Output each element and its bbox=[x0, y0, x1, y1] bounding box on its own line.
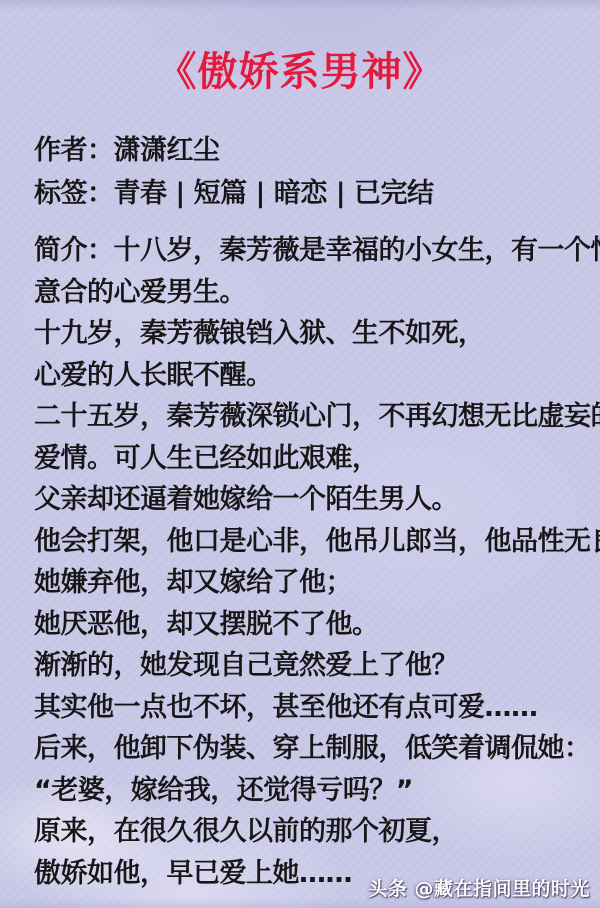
synopsis-line: 心爱的人长眠不醒。 bbox=[34, 355, 580, 397]
synopsis-line: 渐渐的，她发现自己竟然爱上了他？ bbox=[34, 645, 580, 687]
watermark: 头条 @藏在指间里的时光 bbox=[368, 874, 590, 901]
meta-block: 作者：潇潇红尘 标签：青春 | 短篇 | 暗恋 | 已完结 bbox=[34, 129, 600, 215]
synopsis-line: 爱情。可人生已经如此艰难， bbox=[34, 438, 580, 480]
synopsis-line: 他会打架，他口是心非，他吊儿郎当，他品性无良。 bbox=[34, 521, 580, 563]
synopsis-line: 二十五岁，秦芳薇深锁心门，不再幻想无比虚妄的 bbox=[34, 396, 580, 438]
synopsis-line: 意合的心爱男生。 bbox=[34, 272, 580, 314]
author-line: 作者：潇潇红尘 bbox=[34, 129, 600, 172]
tags-line: 标签：青春 | 短篇 | 暗恋 | 已完结 bbox=[34, 172, 600, 215]
synopsis-line: 她嫌弃他，却又嫁给了他； bbox=[34, 562, 580, 604]
book-title: 《傲娇系男神》 bbox=[0, 0, 600, 97]
synopsis-line: 她厌恶他，却又摆脱不了他。 bbox=[34, 604, 580, 646]
synopsis-line: 其实他一点也不坏，甚至他还有点可爱…… bbox=[34, 687, 580, 729]
synopsis-line: 原来，在很久很久以前的那个初夏， bbox=[34, 811, 580, 853]
synopsis-line: 简介：十八岁，秦芳薇是幸福的小女生，有一个情投 bbox=[34, 230, 580, 272]
synopsis-line: “老婆，嫁给我，还觉得亏吗？” bbox=[34, 770, 580, 812]
synopsis-line: 后来，他卸下伪装、穿上制服，低笑着调侃她： bbox=[34, 728, 580, 770]
synopsis-line: 父亲却还逼着她嫁给一个陌生男人。 bbox=[34, 479, 580, 521]
synopsis-line: 十九岁，秦芳薇锒铛入狱、生不如死， bbox=[34, 313, 580, 355]
recommendation-card: 《傲娇系男神》 作者：潇潇红尘 标签：青春 | 短篇 | 暗恋 | 已完结 简介… bbox=[0, 0, 600, 908]
synopsis-block: 简介：十八岁，秦芳薇是幸福的小女生，有一个情投 意合的心爱男生。 十九岁，秦芳薇… bbox=[34, 230, 580, 894]
